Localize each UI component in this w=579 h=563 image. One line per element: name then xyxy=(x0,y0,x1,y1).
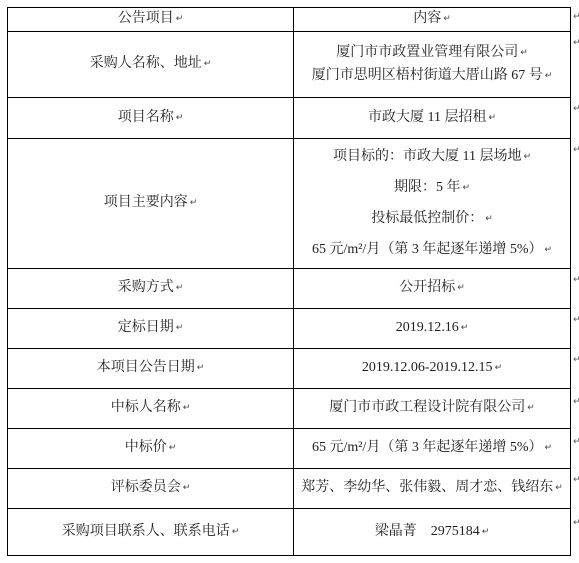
row-end-mark-icon: ↵ xyxy=(573,315,579,325)
row-label: 项目名称 xyxy=(118,110,174,125)
paragraph-mark-icon: ↵ xyxy=(176,283,184,293)
project-subject: 项目标的：市政大厦 11 层场地 xyxy=(333,149,521,164)
row-label: 项目主要内容 xyxy=(104,195,188,210)
row-value-cell: 厦门市市政置业管理有限公司↵ 厦门市思明区梧村街道大厝山路 67 号↵ xyxy=(294,32,571,98)
paragraph-mark-icon: ↵ xyxy=(232,527,240,537)
paragraph-mark-icon: ↵ xyxy=(169,443,177,453)
header-cell-content: 内容↵ xyxy=(294,8,571,32)
paragraph-mark-icon: ↵ xyxy=(183,403,191,413)
paragraph-mark-icon: ↵ xyxy=(183,483,191,493)
row-label-cell: 采购方式↵ xyxy=(8,269,294,309)
table-row: 中标价↵ 65 元/m²/月（第 3 年起逐年递增 5%）↵ xyxy=(8,429,571,469)
evaluation-committee: 郑芳、李幼华、张伟毅、周才恋、钱绍东 xyxy=(301,480,553,495)
announcement-period: 2019.12.06-2019.12.15 xyxy=(362,360,493,375)
paragraph-mark-icon: ↵ xyxy=(520,48,528,58)
row-end-mark-icon: ↵ xyxy=(573,355,579,365)
table-row: 采购方式↵ 公开招标↵ xyxy=(8,269,571,309)
table-row: 采购项目联系人、联系电话↵ 梁晶菁 2975184↵ xyxy=(8,509,571,556)
row-value-cell: 2019.12.06-2019.12.15↵ xyxy=(294,349,571,389)
award-date: 2019.12.16 xyxy=(396,320,459,335)
winning-price: 65 元/m²/月（第 3 年起逐年递增 5%） xyxy=(312,440,543,455)
row-label-cell: 评标委员会↵ xyxy=(8,469,294,509)
row-label: 中标人名称 xyxy=(111,400,181,415)
row-label: 采购人名称、地址 xyxy=(90,56,202,71)
row-label: 中标价 xyxy=(125,440,167,455)
buyer-address: 厦门市思明区梧村街道大厝山路 67 号 xyxy=(312,68,543,83)
row-end-mark-icon: ↵ xyxy=(573,104,579,114)
row-value-cell: 2019.12.16↵ xyxy=(294,309,571,349)
paragraph-mark-icon: ↵ xyxy=(545,71,553,81)
row-end-mark-icon: ↵ xyxy=(573,275,579,285)
row-end-mark-icon: ↵ xyxy=(573,38,579,48)
row-label-cell: 采购项目联系人、联系电话↵ xyxy=(8,509,294,556)
paragraph-mark-icon: ↵ xyxy=(544,245,552,255)
paragraph-mark-icon: ↵ xyxy=(190,198,198,208)
paragraph-mark-icon: ↵ xyxy=(176,323,184,333)
row-value-cell: 梁晶菁 2975184↵ xyxy=(294,509,571,556)
header-item-label: 公告项目 xyxy=(118,11,174,26)
paragraph-mark-icon: ↵ xyxy=(485,214,493,224)
row-label-cell: 本项目公告日期↵ xyxy=(8,349,294,389)
row-end-mark-icon: ↵ xyxy=(573,12,579,22)
row-value-cell: 65 元/m²/月（第 3 年起逐年递增 5%）↵ xyxy=(294,429,571,469)
min-control-price-value: 65 元/m²/月（第 3 年起逐年递增 5%） xyxy=(312,242,543,257)
row-value-cell: 厦门市市政工程设计院有限公司↵ xyxy=(294,389,571,429)
row-end-mark-icon: ↵ xyxy=(573,475,579,485)
row-end-mark-icon: ↵ xyxy=(573,397,579,407)
paragraph-mark-icon: ↵ xyxy=(204,59,212,69)
paragraph-mark-icon: ↵ xyxy=(457,283,465,293)
buyer-name: 厦门市市政置业管理有限公司 xyxy=(336,45,518,60)
project-name: 市政大厦 11 层招租 xyxy=(368,110,486,125)
table-row: 项目主要内容↵ 项目标的：市政大厦 11 层场地↵ 期限：5 年↵ 投标最低控制… xyxy=(8,139,571,269)
winner-name: 厦门市市政工程设计院有限公司 xyxy=(329,400,525,415)
paragraph-mark-icon: ↵ xyxy=(523,152,531,162)
row-label-cell: 项目主要内容↵ xyxy=(8,139,294,269)
row-label: 本项目公告日期 xyxy=(97,360,195,375)
row-label: 采购项目联系人、联系电话 xyxy=(62,524,230,539)
procurement-method: 公开招标 xyxy=(399,280,455,295)
paragraph-mark-icon: ↵ xyxy=(544,443,552,453)
table-row: 本项目公告日期↵ 2019.12.06-2019.12.15↵ xyxy=(8,349,571,389)
paragraph-mark-icon: ↵ xyxy=(176,113,184,123)
paragraph-mark-icon: ↵ xyxy=(443,14,451,24)
row-label-cell: 采购人名称、地址↵ xyxy=(8,32,294,98)
table-row: 中标人名称↵ 厦门市市政工程设计院有限公司↵ xyxy=(8,389,571,429)
row-label: 评标委员会 xyxy=(111,480,181,495)
header-content-label: 内容 xyxy=(413,11,441,26)
row-label-cell: 中标人名称↵ xyxy=(8,389,294,429)
row-value-cell: 郑芳、李幼华、张伟毅、周才恋、钱绍东↵ xyxy=(294,469,571,509)
paragraph-mark-icon: ↵ xyxy=(527,403,535,413)
row-value-cell: 市政大厦 11 层招租↵ xyxy=(294,98,571,139)
row-end-mark-icon: ↵ xyxy=(573,518,579,528)
paragraph-mark-icon: ↵ xyxy=(462,183,470,193)
row-value-cell: 项目标的：市政大厦 11 层场地↵ 期限：5 年↵ 投标最低控制价：↵ 65 元… xyxy=(294,139,571,269)
table-row: 评标委员会↵ 郑芳、李幼华、张伟毅、周才恋、钱绍东↵ xyxy=(8,469,571,509)
row-label: 定标日期 xyxy=(118,320,174,335)
table-header-row: 公告项目↵ 内容↵ xyxy=(8,8,571,32)
contact-person-phone: 梁晶菁 2975184 xyxy=(375,524,480,539)
table-row: 项目名称↵ 市政大厦 11 层招租↵ xyxy=(8,98,571,139)
row-end-mark-icon: ↵ xyxy=(573,437,579,447)
row-end-mark-icon: ↵ xyxy=(573,145,579,155)
paragraph-mark-icon: ↵ xyxy=(482,527,490,537)
table-row: 定标日期↵ 2019.12.16↵ xyxy=(8,309,571,349)
row-label-cell: 定标日期↵ xyxy=(8,309,294,349)
table-row: 采购人名称、地址↵ 厦门市市政置业管理有限公司↵ 厦门市思明区梧村街道大厝山路 … xyxy=(8,32,571,98)
paragraph-mark-icon: ↵ xyxy=(488,113,496,123)
row-value-cell: 公开招标↵ xyxy=(294,269,571,309)
paragraph-mark-icon: ↵ xyxy=(495,363,503,373)
row-label: 采购方式 xyxy=(118,280,174,295)
min-control-price-label: 投标最低控制价： xyxy=(371,211,483,226)
header-cell-item: 公告项目↵ xyxy=(8,8,294,32)
announcement-table: 公告项目↵ 内容↵ 采购人名称、地址↵ 厦门市市政置业管理有限公司↵ 厦门市思明… xyxy=(7,7,571,556)
paragraph-mark-icon: ↵ xyxy=(461,323,469,333)
paragraph-mark-icon: ↵ xyxy=(197,363,205,373)
paragraph-mark-icon: ↵ xyxy=(176,14,184,24)
row-label-cell: 中标价↵ xyxy=(8,429,294,469)
paragraph-mark-icon: ↵ xyxy=(555,483,563,493)
row-label-cell: 项目名称↵ xyxy=(8,98,294,139)
project-term: 期限：5 年 xyxy=(394,180,461,195)
